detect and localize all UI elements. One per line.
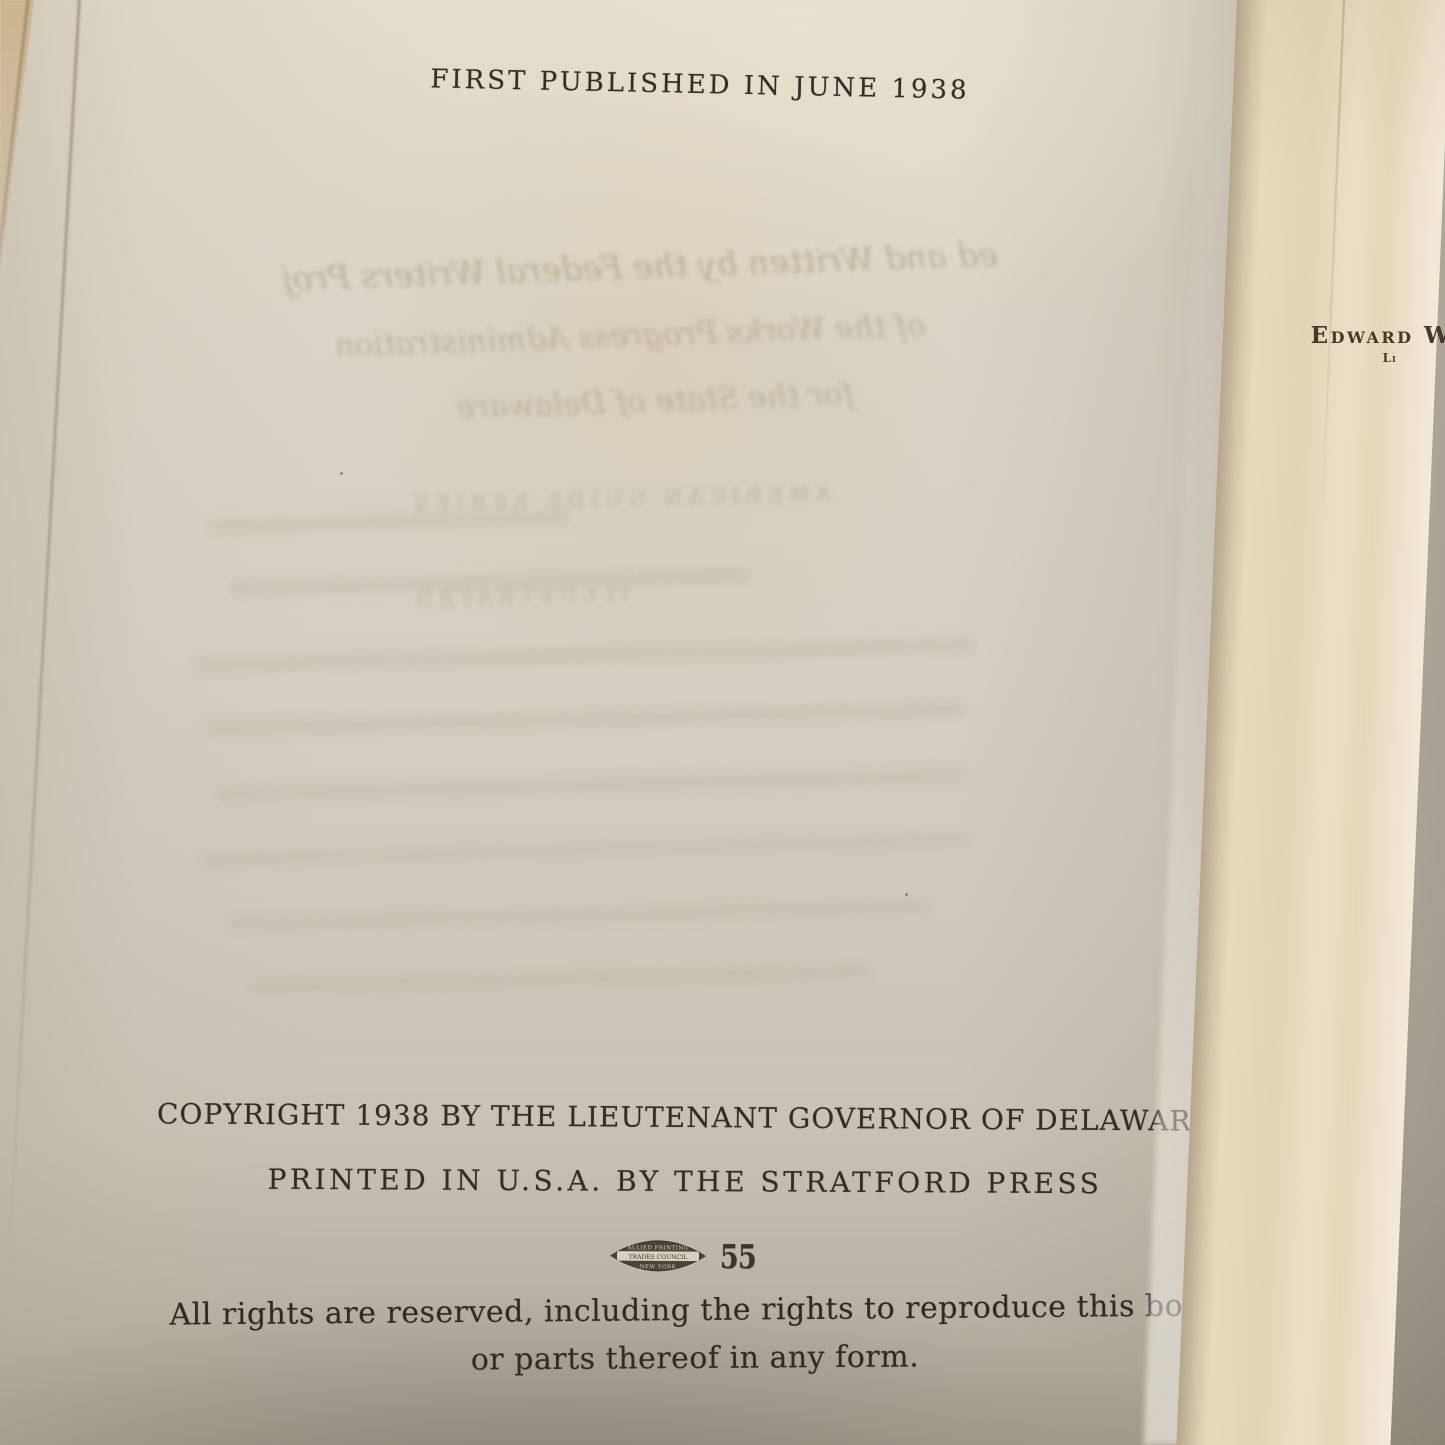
right-page-name-partial: Edward W. C — [1311, 322, 1445, 349]
union-label-top-text: ALLIED PRINTING — [627, 1245, 689, 1251]
book-photo: FIRST PUBLISHED IN JUNE 1938 ed and Writ… — [0, 0, 1445, 1445]
right-page-fold-line — [1320, 0, 1345, 540]
ghost-smudge-line — [205, 702, 965, 736]
allied-printing-trades-council-label-icon: ALLIED PRINTING TRADES COUNCIL NEW YORK — [610, 1240, 706, 1273]
dust-speck — [905, 893, 908, 896]
union-label-bottom-text: NEW YORK — [640, 1264, 677, 1270]
ghost-title-line: of the Works Progress Administration — [190, 303, 1071, 370]
right-page-subtitle-partial: Li — [1383, 351, 1445, 365]
first-published-line: FIRST PUBLISHED IN JUNE 1938 — [120, 58, 1280, 112]
page-edge-line — [7, 0, 81, 1269]
rights-reserved-line-2: or parts thereof in any form. — [115, 1337, 1275, 1380]
ghost-title-line: ed and Written by the Federal Writers Pr… — [190, 231, 1091, 301]
copyright-line: COPYRIGHT 1938 BY THE LIEUTENANT GOVERNO… — [105, 1097, 1265, 1138]
right-page-text: Edward W. C Li — [1311, 322, 1445, 365]
ghost-series-line: AMERICAN GUIDE SERIES — [320, 479, 920, 519]
union-label-middle-text: TRADES COUNCIL — [629, 1254, 688, 1261]
ghost-smudge-line — [250, 964, 870, 994]
ghost-smudge-line — [195, 638, 975, 672]
ghost-smudge-line — [230, 899, 930, 931]
ghost-title-line: for the State of Delaware — [220, 368, 1091, 434]
union-label-number: 55 — [720, 1237, 756, 1276]
printed-in-usa-line: PRINTED IN U.S.A. BY THE STRATFORD PRESS — [105, 1162, 1265, 1201]
ghost-smudge-line — [215, 768, 965, 802]
union-label-row: ALLIED PRINTING TRADES COUNCIL NEW YORK … — [105, 1231, 1265, 1281]
rights-reserved-line-1: All rights are reserved, including the r… — [115, 1288, 1275, 1333]
ghost-smudge-line — [200, 833, 970, 867]
dust-speck — [340, 472, 343, 475]
